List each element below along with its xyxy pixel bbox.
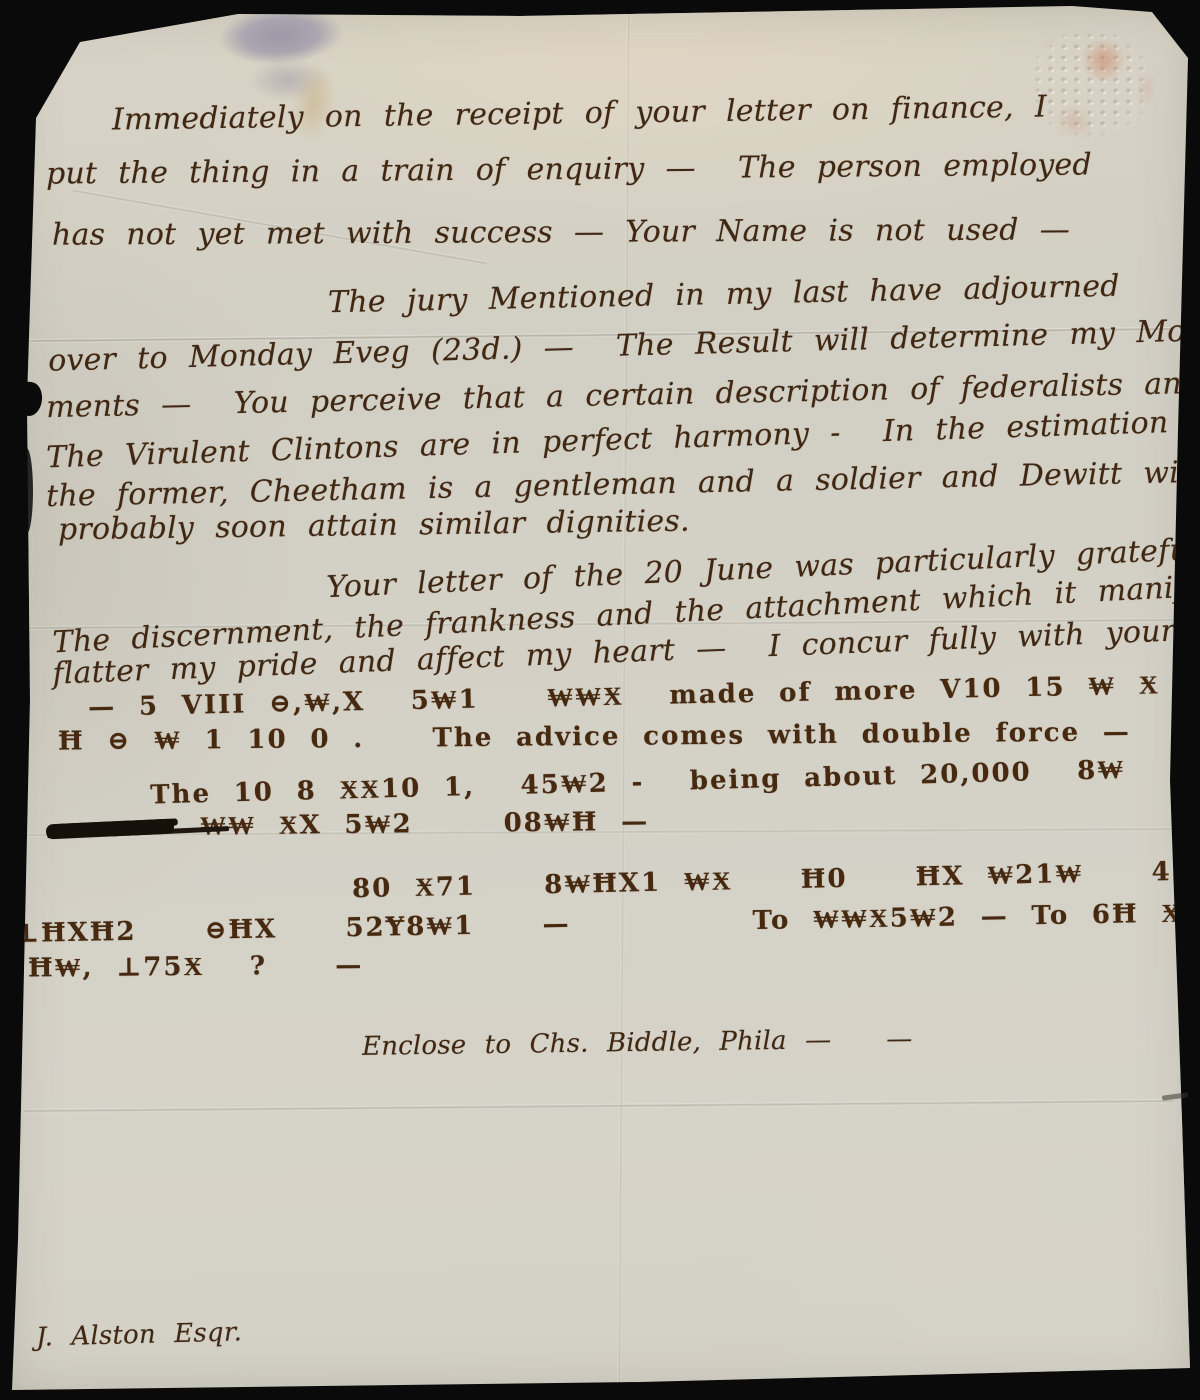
cipher-line-4-text: ₩₩ ӾX 5₩2 08₩Ħ — [200, 807, 649, 842]
cipher-line-6: ⊥ĦXĦ2 ⊖ĦX 52Ɏ8₩1 — To ₩₩Ӿ5₩2 — To 6Ħ ӾĦ … [14, 893, 1200, 949]
tape-residue-stain [210, 0, 353, 79]
letter-line-9: probably soon attain similar dignities. [58, 504, 690, 548]
letter-line-4: The jury Mentioned in my last have adjou… [328, 269, 1120, 321]
cipher-line-4: ₩₩ ӾX 5₩2 08₩Ħ — [46, 807, 649, 843]
cipher-line-5: 80 Ӿ71 8₩ĦX1 ₩Ӿ Ħ0 ĦX ₩21₩ 41 0ĦXĦ2 , ⊥7… [352, 850, 1200, 904]
letter-line-1: Immediately on the receipt of your lette… [112, 89, 1047, 137]
docket-line: Enclose to Chs. Biddle, Phila — — [362, 1024, 913, 1062]
letter-line-2: put the thing in a train of enquiry — Th… [46, 147, 1092, 191]
fold-crease [24, 1099, 1174, 1113]
letter-line-3: has not yet met with success — Your Name… [52, 212, 1070, 252]
cipher-line-7: Ħ₩, ⊥75Ӿ ? — [28, 951, 364, 984]
address-line: J. Alston Esqr. [36, 1317, 243, 1352]
cipher-line-2: Ħ ⊖ ₩ 1 10 0 . The advice comes with dou… [58, 717, 1131, 756]
manuscript-scan: Immediately on the receipt of your lette… [0, 0, 1200, 1400]
letter-paper: Immediately on the receipt of your lette… [0, 0, 1200, 1400]
ink-scribble-redaction [46, 818, 175, 839]
embossed-wafer-seal [1005, 8, 1175, 158]
